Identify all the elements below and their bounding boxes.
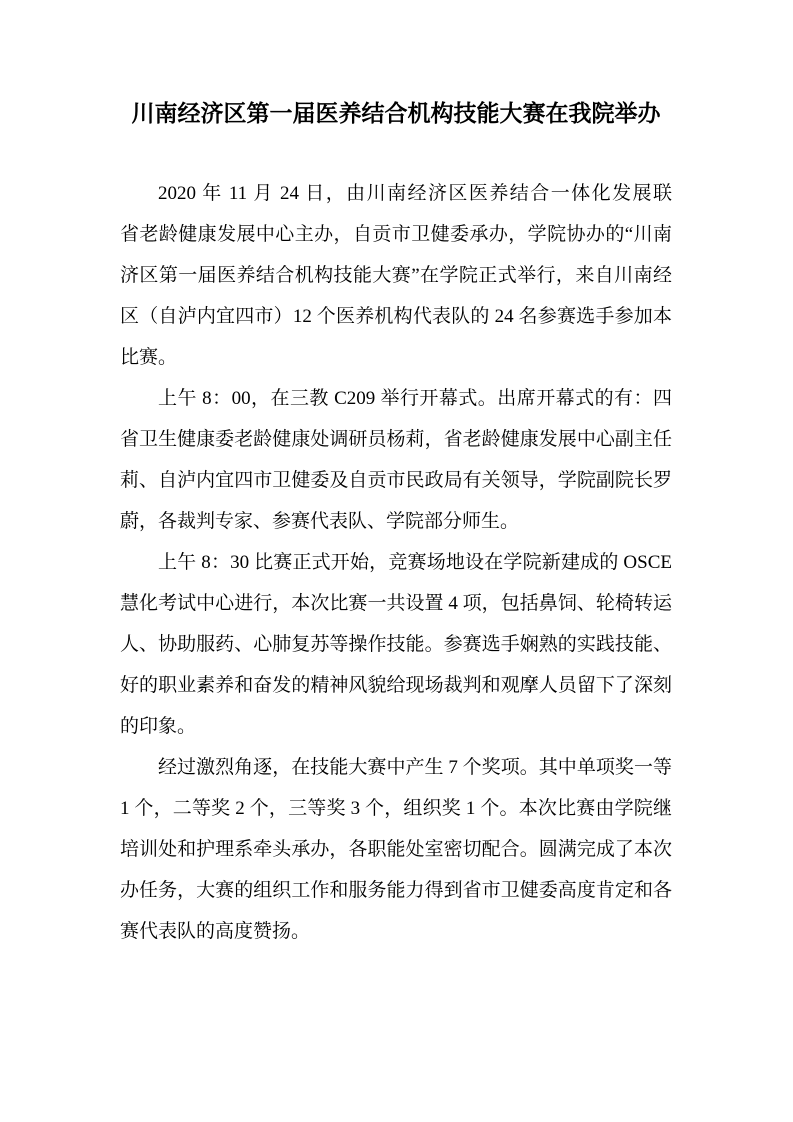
text-line: 好的职业素养和奋发的精神风貌给现场裁判和观摩人员留下了深刻 xyxy=(120,665,672,706)
text-line: 2020 年 11 月 24 日，由川南经济区医养结合一体化发展联盟、 xyxy=(120,173,672,214)
text-line: 慧化考试中心进行，本次比赛一共设置 4 项，包括鼻饲、轮椅转运病 xyxy=(120,583,672,624)
text-line: 人、协助服药、心肺复苏等操作技能。参赛选手娴熟的实践技能、良 xyxy=(120,624,672,665)
text-line: 的印象。 xyxy=(120,706,672,747)
text-line: 培训处和护理系牵头承办，各职能处室密切配合。圆满完成了本次承 xyxy=(120,829,672,870)
paragraph-1: 2020 年 11 月 24 日，由川南经济区医养结合一体化发展联盟、 省老龄健… xyxy=(120,173,672,378)
text-line: 省卫生健康委老龄健康处调研员杨莉，省老龄健康发展中心副主任肖 xyxy=(120,419,672,460)
text-line: 1 个，二等奖 2 个，三等奖 3 个，组织奖 1 个。本次比赛由学院继教 xyxy=(120,788,672,829)
document-title: 川南经济区第一届医养结合机构技能大赛在我院举办 xyxy=(120,97,672,129)
text-line: 赛代表队的高度赞扬。 xyxy=(120,911,672,952)
paragraph-3: 上午 8：30 比赛正式开始，竞赛场地设在学院新建成的 OSCE 智 慧化考试中… xyxy=(120,542,672,747)
text-line: 省老龄健康发展中心主办，自贡市卫健委承办，学院协办的“川南经 xyxy=(120,214,672,255)
text-line: 区（自泸内宜四市）12 个医养机构代表队的 24 名参赛选手参加本次 xyxy=(120,296,672,337)
text-line: 莉、自泸内宜四市卫健委及自贡市民政局有关领导，学院副院长罗天 xyxy=(120,460,672,501)
text-line: 上午 8：30 比赛正式开始，竞赛场地设在学院新建成的 OSCE 智 xyxy=(120,542,672,583)
paragraph-2: 上午 8：00，在三教 C209 举行开幕式。出席开幕式的有：四川 省卫生健康委… xyxy=(120,378,672,542)
text-line: 经过激烈角逐，在技能大赛中产生 7 个奖项。其中单项奖一等奖 xyxy=(120,747,672,788)
text-line: 上午 8：00，在三教 C209 举行开幕式。出席开幕式的有：四川 xyxy=(120,378,672,419)
text-line: 蔚，各裁判专家、参赛代表队、学院部分师生。 xyxy=(120,501,672,542)
document-page: 川南经济区第一届医养结合机构技能大赛在我院举办 2020 年 11 月 24 日… xyxy=(0,0,793,1122)
text-line: 比赛。 xyxy=(120,337,672,378)
text-line: 济区第一届医养结合机构技能大赛”在学院正式举行，来自川南经济 xyxy=(120,255,672,296)
paragraph-4: 经过激烈角逐，在技能大赛中产生 7 个奖项。其中单项奖一等奖 1 个，二等奖 2… xyxy=(120,747,672,952)
text-line: 办任务，大赛的组织工作和服务能力得到省市卫健委高度肯定和各参 xyxy=(120,870,672,911)
